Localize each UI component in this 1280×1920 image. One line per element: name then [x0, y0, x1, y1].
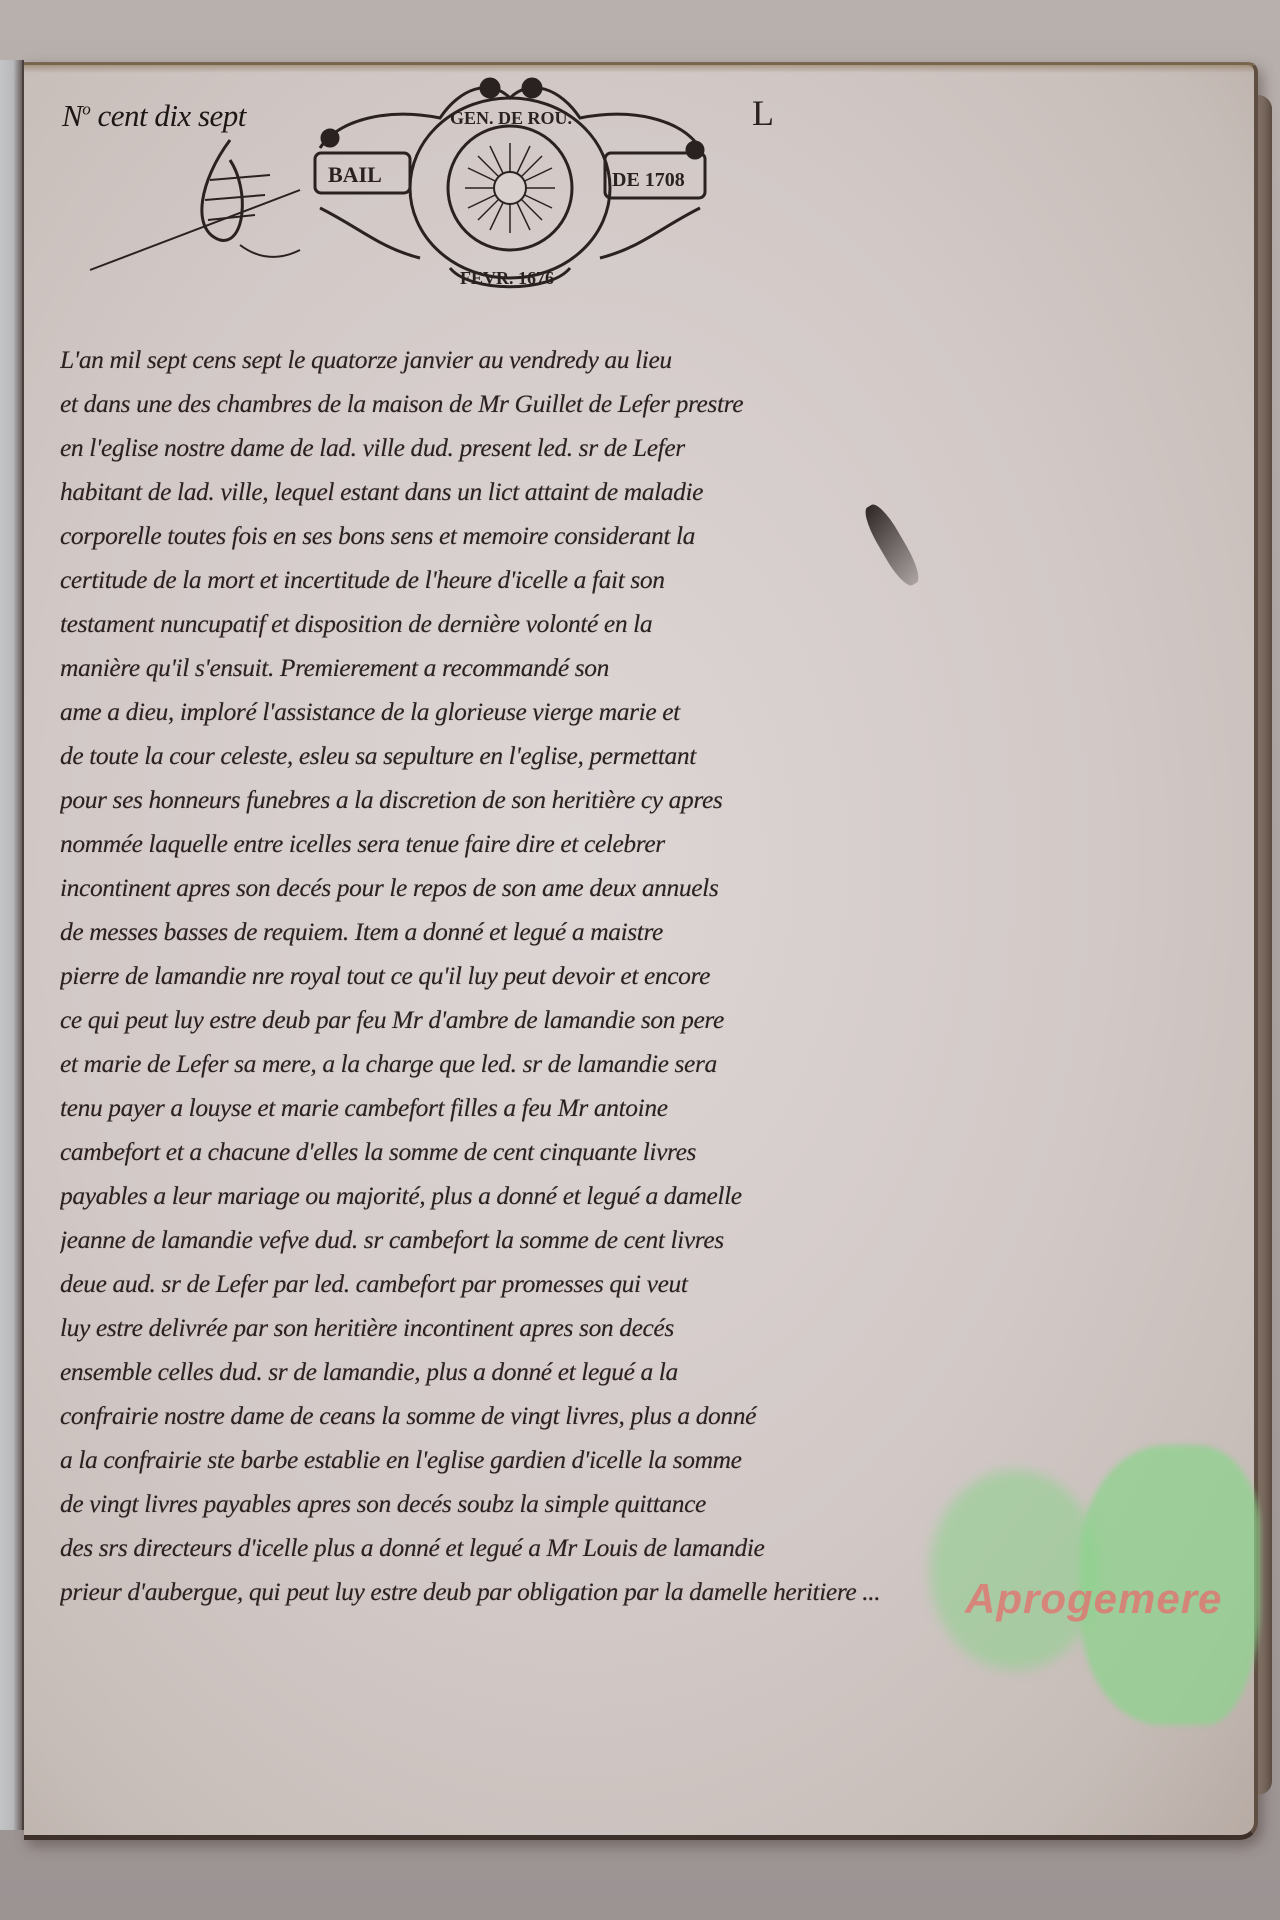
text-line: L'an mil sept cens sept le quatorze janv… — [60, 338, 1200, 382]
text-line: ce qui peut luy estre deub par feu Mr d'… — [60, 998, 1200, 1042]
manuscript-photo: No cent dix sept — [0, 0, 1280, 1920]
text-line: confrairie nostre dame de ceans la somme… — [60, 1394, 1200, 1438]
stamp-left-label: BAIL — [328, 162, 382, 187]
stamp-ring-text: GEN. DE ROU. — [450, 108, 572, 128]
text-line: jeanne de lamandie vefve dud. sr cambefo… — [60, 1218, 1200, 1262]
text-line: ame a dieu, imploré l'assistance de la g… — [60, 690, 1200, 734]
manuscript-body: L'an mil sept cens sept le quatorze janv… — [60, 258, 1200, 1614]
text-line: corporelle toutes fois en ses bons sens … — [60, 514, 1200, 558]
text-line: deue aud. sr de Lefer par led. cambefort… — [60, 1262, 1200, 1306]
text-line: pierre de lamandie nre royal tout ce qu'… — [60, 954, 1200, 998]
text-line: ensemble celles dud. sr de lamandie, plu… — [60, 1350, 1200, 1394]
text-line: testament nuncupatif et disposition de d… — [60, 602, 1200, 646]
paraph-flourish-icon — [80, 120, 320, 280]
facing-page-edge — [0, 60, 24, 1830]
text-line: nommée laquelle entre icelles sera tenue… — [60, 822, 1200, 866]
text-line: incontinent apres son decés pour le repo… — [60, 866, 1200, 910]
text-line: pour ses honneurs funebres a la discreti… — [60, 778, 1200, 822]
page-mark: L — [752, 92, 774, 134]
text-line: cambefort et a chacune d'elles la somme … — [60, 1130, 1200, 1174]
text-line: et dans une des chambres de la maison de… — [60, 382, 1200, 426]
text-line: et marie de Lefer sa mere, a la charge q… — [60, 1042, 1200, 1086]
stamp-right-label: DE 1708 — [612, 169, 685, 191]
text-line: de toute la cour celeste, esleu sa sepul… — [60, 734, 1200, 778]
watermark-text: Aprogemere — [965, 1575, 1222, 1623]
text-line: luy estre delivrée par son heritière inc… — [60, 1306, 1200, 1350]
text-line: en l'eglise nostre dame de lad. ville du… — [60, 426, 1200, 470]
text-line: tenu payer a louyse et marie cambefort f… — [60, 1086, 1200, 1130]
watermark-backdrop — [930, 1470, 1100, 1670]
text-line: de messes basses de requiem. Item a donn… — [60, 910, 1200, 954]
text-line: payables a leur mariage ou majorité, plu… — [60, 1174, 1200, 1218]
text-line: habitant de lad. ville, lequel estant da… — [60, 470, 1200, 514]
text-line: manière qu'il s'ensuit. Premierement a r… — [60, 646, 1200, 690]
text-line: certitude de la mort et incertitude de l… — [60, 558, 1200, 602]
